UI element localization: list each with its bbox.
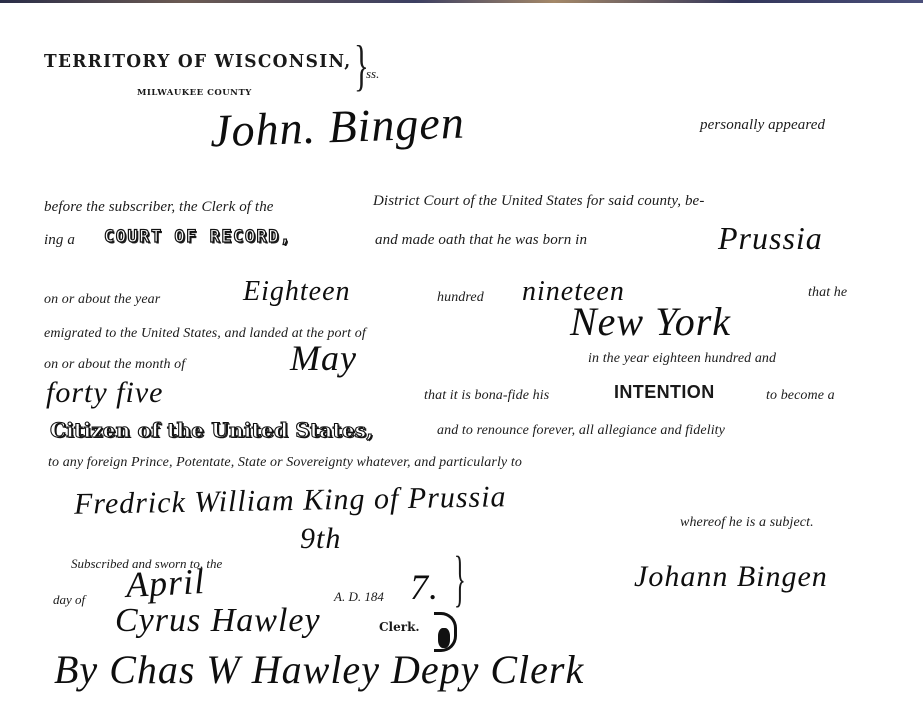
body-line1-a: before the subscriber, the Clerk of the [44, 199, 274, 216]
citizen-heading: Citizen of the United States, [50, 418, 373, 442]
body-line6-b: to become a [766, 388, 835, 404]
intention-heading: INTENTION [614, 382, 715, 403]
body-line3-c: that he [808, 285, 847, 301]
deputy-clerk-signature: By Chas W Hawley Depy Clerk [54, 646, 584, 693]
birth-year-part1-handwritten: Eighteen [243, 276, 351, 308]
jurat-brace: } [454, 548, 466, 610]
sovereign-handwritten: Fredrick William King of Prussia [74, 480, 507, 522]
court-of-record-heading: COURT OF RECORD, [104, 227, 292, 247]
arrival-month-handwritten: May [290, 337, 357, 379]
body-line7-b: and to renounce forever, all allegiance … [437, 423, 725, 439]
ss-label: ss. [366, 66, 379, 82]
personally-appeared-text: personally appeared [700, 117, 825, 134]
ad-year-text: A. D. 184 [334, 589, 384, 605]
declarant-signature: Johann Bingen [634, 560, 828, 594]
jurat-month-handwritten: April [125, 560, 206, 606]
jurat-day-handwritten: 9th [300, 522, 341, 556]
body-line1-b: District Court of the United States for … [373, 193, 704, 210]
body-line3-b: hundred [437, 290, 484, 306]
jurat-year-digit-handwritten: 7. [410, 566, 439, 608]
body-line5-a: on or about the month of [44, 357, 185, 373]
clerk-signature: Cyrus Hawley [115, 602, 321, 640]
territory-heading: TERRITORY OF WISCONSIN, [44, 52, 351, 73]
seal-blot [438, 628, 450, 648]
port-handwritten: New York [570, 298, 731, 345]
day-of-text: day of [53, 592, 85, 608]
applicant-name-handwritten: John. Bingen [209, 96, 465, 158]
body-line2-b: and made oath that he was born in [375, 232, 587, 249]
body-line6-a: that it is bona-fide his [424, 388, 549, 404]
body-line5-b: in the year eighteen hundred and [588, 351, 776, 367]
arrival-year-handwritten: forty five [46, 376, 163, 410]
body-line8: to any foreign Prince, Potentate, State … [48, 455, 522, 471]
birthplace-handwritten: Prussia [718, 220, 823, 257]
body-line3-a: on or about the year [44, 292, 160, 308]
body-line9-b: whereof he is a subject. [680, 515, 814, 531]
county-heading: MILWAUKEE COUNTY [137, 88, 252, 98]
body-line2-a: ing a [44, 232, 75, 249]
clerk-label: Clerk. [379, 620, 420, 634]
scan-edge-strip [0, 0, 923, 3]
